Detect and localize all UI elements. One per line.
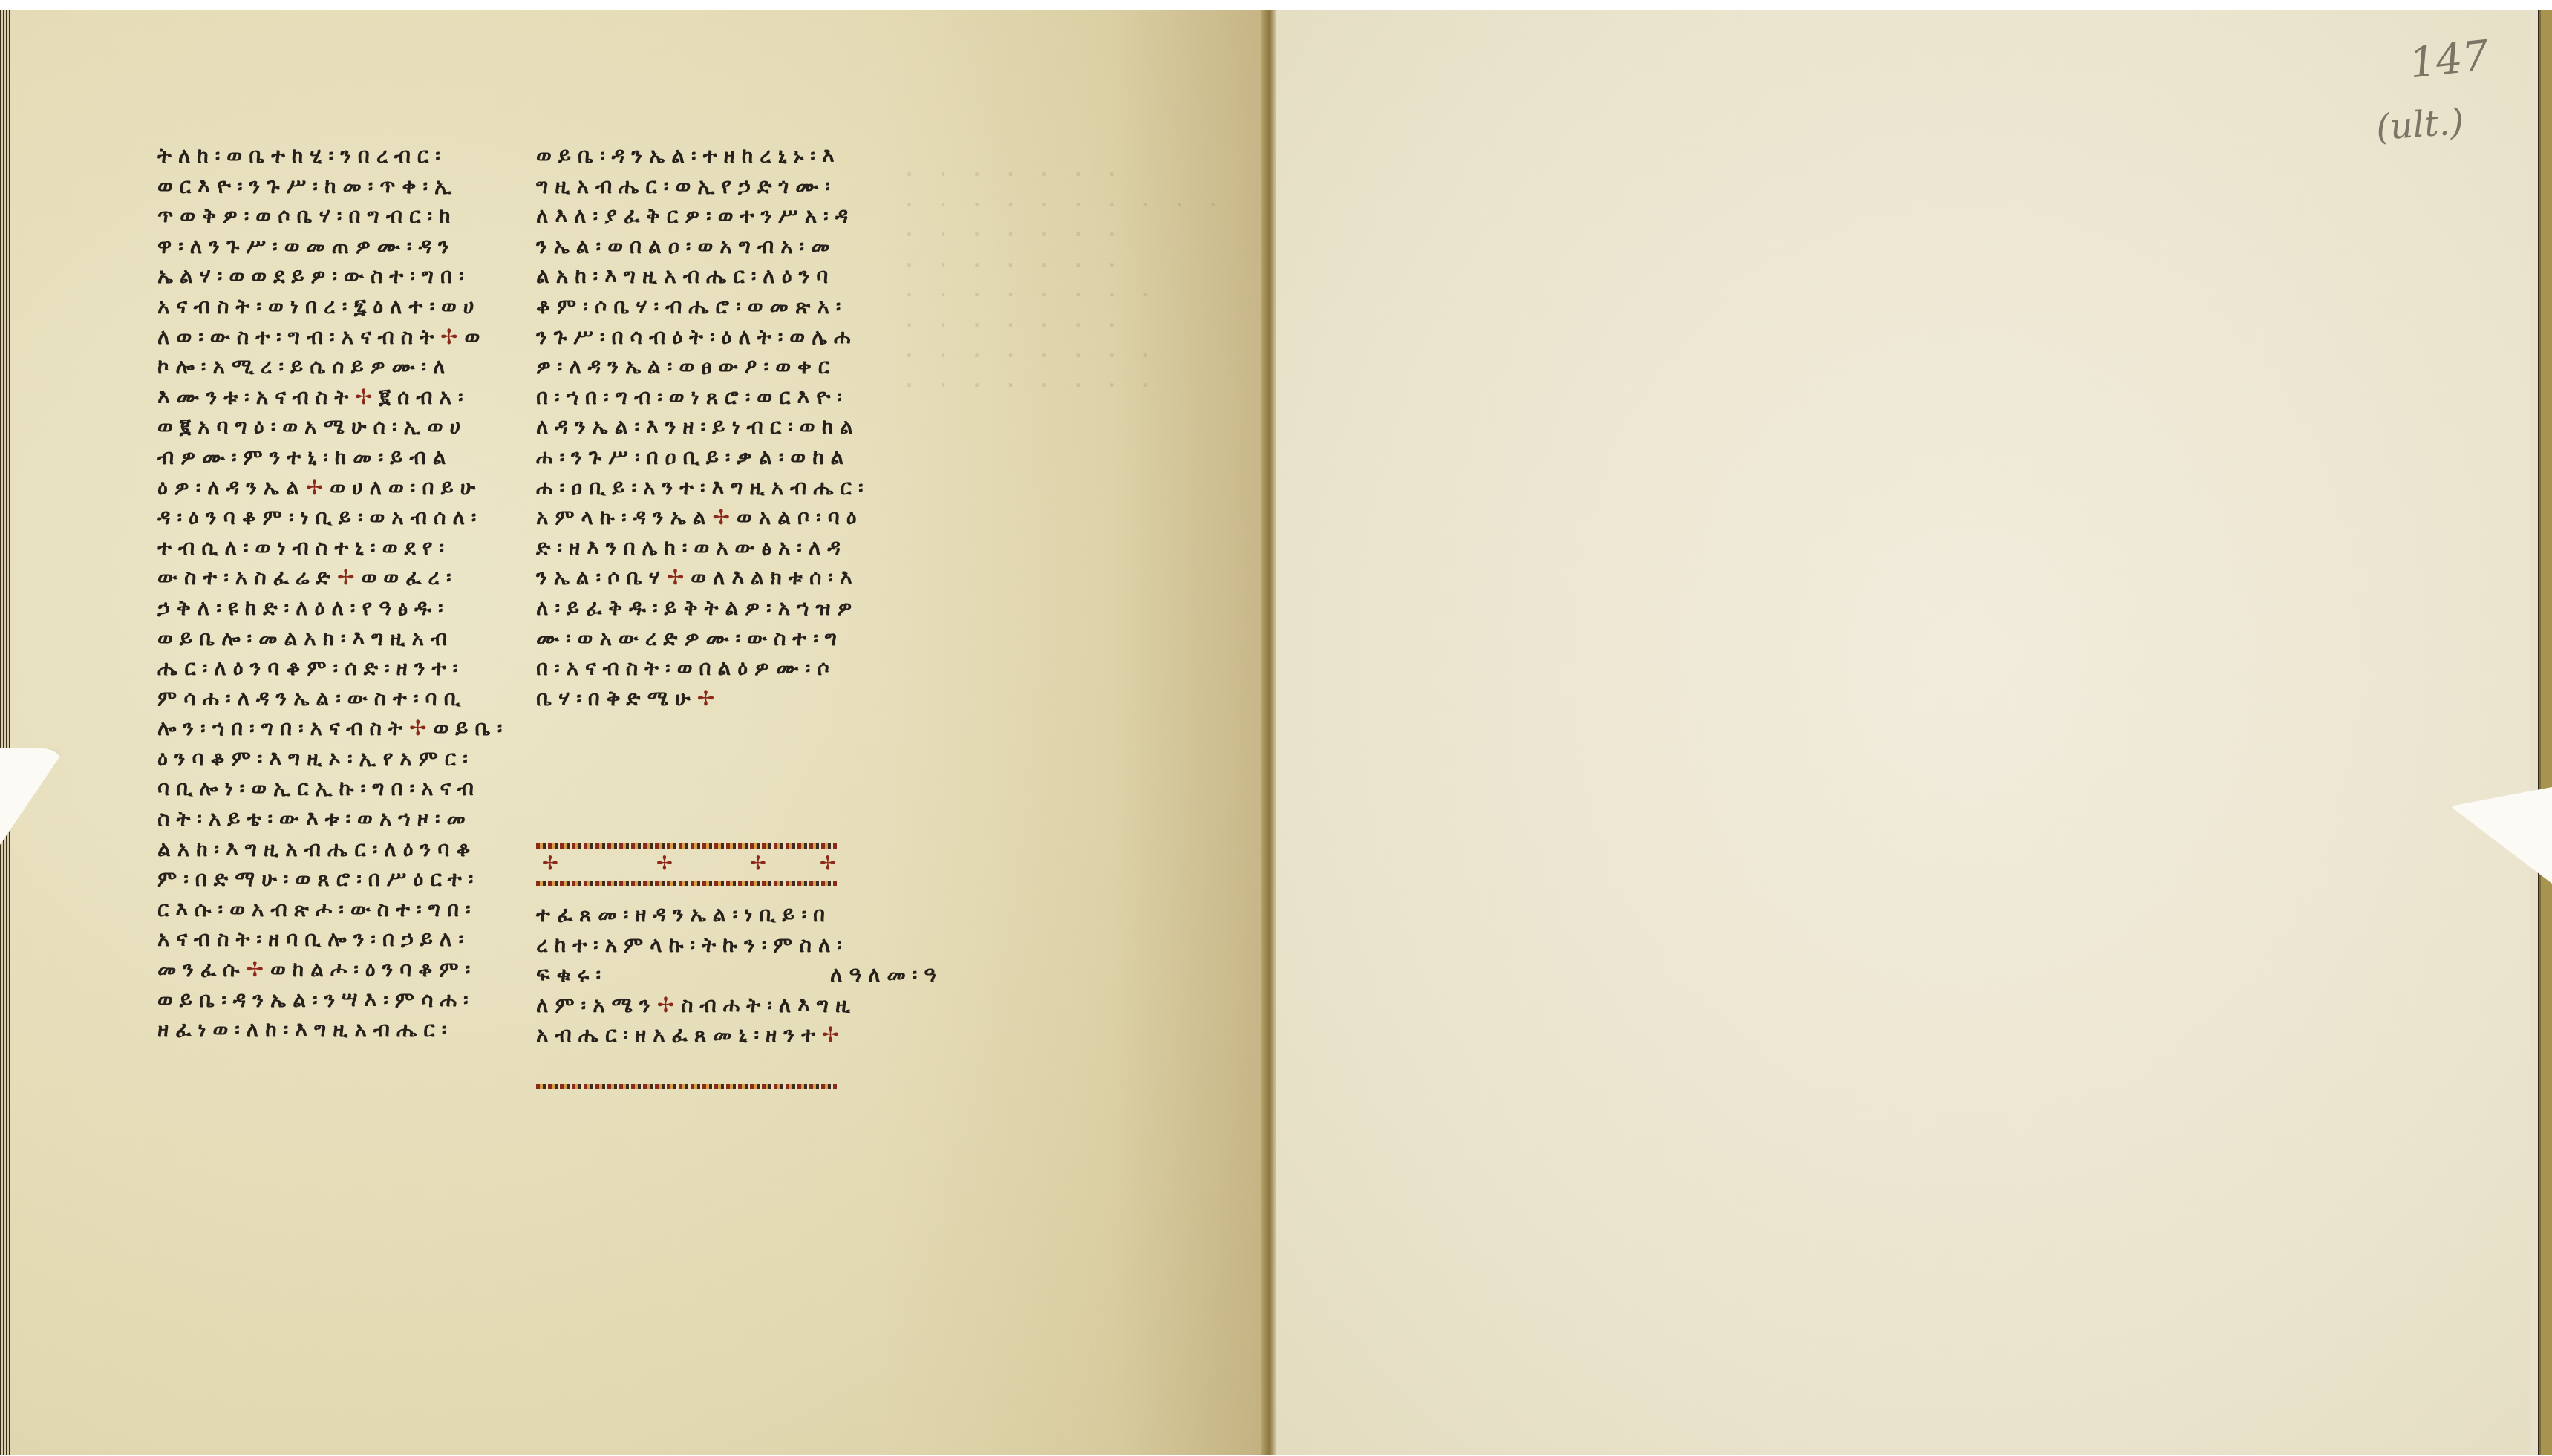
text-line: ድ፡ዘእንበሌከ፡ወአውፅአ፡ለዳ	[536, 533, 870, 564]
ghost-line: · · · · · · ·	[906, 250, 1225, 281]
text-line: ዋ፡ለንጉሥ፡ወመጠዎሙ፡ዳን	[157, 232, 509, 262]
manuscript-spread: ትለከ፡ወቤተከሂ፡ንበረብር፡ ወርእዮ፡ንጉሥ፡ከመ፡ጥቀ፡ኢ ጥወቅዎ፡ወ…	[0, 0, 2552, 1456]
cross-ornament-row: ✢ ✢ ✢ ✢	[536, 854, 837, 876]
text-line: ንኤል፡ሶቤሃ✢ወለእልክቱሰ፡እ	[536, 563, 870, 593]
text-column-left: ትለከ፡ወቤተከሂ፡ንበረብር፡ ወርእዮ፡ንጉሥ፡ከመ፡ጥቀ፡ኢ ጥወቅዎ፡ወ…	[157, 141, 509, 1045]
cross-icon: ✢	[655, 854, 674, 873]
text-line: ለ፡ይፈቅዱ፡ይቅትልዎ፡አኀዝዎ	[536, 593, 870, 624]
text-line: ሙ፡ወአውረድዎሙ፡ውስተ፡ግ	[536, 624, 870, 654]
text-line: ለም፡አሜን✢ስብሐት፡ለእግዚ	[536, 990, 943, 1021]
decorative-band-end	[536, 1084, 837, 1089]
right-leaf-blank	[1276, 10, 2530, 1455]
text-line: ቤሃ፡በቅድሜሁ✢	[536, 684, 870, 714]
text-line: ወርእዮ፡ንጉሥ፡ከመ፡ጥቀ፡ኢ	[157, 172, 509, 202]
ghost-line: · · · · · · ·	[906, 160, 1225, 190]
decorative-band-top	[536, 843, 837, 849]
text-line: አብሔር፡ዘአፈጸመኒ፡ዘንተ✢	[536, 1020, 943, 1051]
text-line: ሐ፡ዐቢይ፡አንተ፡እግዚአብሔር፡	[536, 473, 870, 503]
text-line: ባቢሎነ፡ወኢርኢኩ፡ግበ፡አናብ	[157, 774, 509, 804]
cross-icon: ✢	[818, 854, 838, 873]
text-line: ሎን፡ኀበ፡ግበ፡አናብስት✢ወይቤ፡	[157, 714, 509, 744]
ghost-line: · · · · · · · ·	[906, 341, 1225, 371]
text-line: ብዎሙ፡ምንተኒ፡ከመ፡ይብል	[157, 443, 509, 473]
gutter-fold	[1261, 10, 1276, 1455]
text-line: እሙንቱ፡አናብስት✢፪ሰብአ፡	[157, 382, 509, 413]
text-line: ስት፡አይቴ፡ውእቱ፡ወአኀዞ፡መ	[157, 804, 509, 835]
text-line: ዳ፡ዕንባቆም፡ነቢይ፡ወአብሰለ፡	[157, 503, 509, 533]
folio-annotation: (ult.)	[2375, 101, 2465, 148]
text-line: ምሳሐ፡ለዳንኤል፡ውስተ፡ባቢ	[157, 684, 509, 714]
text-line: ግዚአብሔር፡ወኢየኃድጎሙ፡	[536, 172, 870, 202]
text-line: ርእሱ፡ወአብጽሖ፡ውስተ፡ግበ፡	[157, 895, 509, 925]
right-page-edges	[2530, 10, 2552, 1455]
text-line: ወይቤ፡ዳንኤል፡ተዘከረኒኑ፡እ	[536, 141, 870, 172]
text-line: በ፡አናብስት፡ወበልዕዎሙ፡ሶ	[536, 653, 870, 684]
text-line: ትለከ፡ወቤተከሂ፡ንበረብር፡	[157, 141, 509, 172]
text-line: ዎ፡ለዳንኤል፡ወፀውዖ፡ወቀር	[536, 352, 870, 382]
bleed-through-text: · · · · · · · · · · · · · · · · · · · · …	[906, 160, 1225, 401]
text-line: ኃቅለ፡ዩከድ፡ለዕለ፡የዓፅዱ፡	[157, 593, 509, 624]
ghost-line: · · · · · · ·	[906, 220, 1225, 250]
text-line: ለዳንኤል፡እንዘ፡ይነብር፡ወከል	[536, 412, 870, 443]
text-line: ንጉሥ፡በሳብዕት፡ዕለት፡ወሌሐ	[536, 322, 870, 353]
text-line: ልአከ፡እግዚአብሔር፡ለዕንባ	[536, 261, 870, 292]
text-line: ም፡በድማሁ፡ወጸሮ፡በሥዕርተ፡	[157, 864, 509, 895]
text-line: ጥወቅዎ፡ወሶቤሃ፡በግብር፡ከ	[157, 201, 509, 232]
text-line: ወ፪አባግዕ፡ወአሜሁሰ፡ኢወሀ	[157, 412, 509, 443]
text-line: መንፈሱ✢ወከልሖ፡ዕንባቆም፡	[157, 955, 509, 985]
ghost-line: · · · · · · · · · ·	[906, 190, 1225, 221]
text-line: ኤልሃ፡ወወደይዎ፡ውስተ፡ግበ፡	[157, 261, 509, 292]
text-line: አናብስት፡ዘባቢሎን፡በኃይለ፡	[157, 924, 509, 955]
text-line: ዕንባቆም፡እግዚኦ፡ኢየአምር፡	[157, 744, 509, 774]
text-line: ለወ፡ውስተ፡ግብ፡አናብስት✢ወ	[157, 322, 509, 353]
text-line: ወይቤ፡ዳንኤል፡ንሣእ፡ምሳሐ፡	[157, 985, 509, 1016]
text-line: ውስተ፡አስፈሬድ✢ወወፈረ፡	[157, 563, 509, 593]
text-line: አምላኩ፡ዳንኤል✢ወአልቦ፡ባዕ	[536, 503, 870, 533]
text-line: ዘፈነወ፡ለከ፡እግዚአብሔር፡	[157, 1015, 509, 1045]
text-line: ልአከ፡እግዚአብሔር፡ለዕንባቆ	[157, 835, 509, 865]
text-line: ሔር፡ለዕንባቆም፡ሰድ፡ዘንተ፡	[157, 653, 509, 684]
text-line: ሐ፡ንጉሥ፡በዐቢይ፡ቃል፡ወከል	[536, 443, 870, 473]
ghost-line: · · · · · · ·	[906, 310, 1225, 341]
text-line: ንኤል፡ወበልዐ፡ወአግብአ፡መ	[536, 232, 870, 262]
text-line: ለእለ፡ያፈቅርዎ፡ወተንሥአ፡ዳ	[536, 201, 870, 232]
cross-icon: ✢	[541, 854, 560, 873]
ghost-line: · · · · · · · ·	[906, 370, 1225, 401]
background-top	[0, 0, 2552, 10]
ghost-line: · · · · · · · ·	[906, 280, 1225, 310]
folio-number: 147	[2407, 32, 2491, 88]
text-column-right: ወይቤ፡ዳንኤል፡ተዘከረኒኑ፡እ ግዚአብሔር፡ወኢየኃድጎሙ፡ ለእለ፡ያፈ…	[536, 141, 870, 714]
text-line: ተብሲለ፡ወነብስተኒ፡ወደየ፡	[157, 533, 509, 564]
decorative-band-bottom	[536, 881, 837, 886]
cross-icon: ✢	[748, 854, 768, 873]
text-line: ወይቤሎ፡መልአክ፡እግዚአብ	[157, 624, 509, 654]
text-line: ረከተ፡አምላኩ፡ትኩን፡ምስለ፡	[536, 930, 943, 961]
left-page-edges	[0, 10, 10, 1455]
text-line: ኮሎ፡አሚረ፡ይሴሰይዎሙ፡ለ	[157, 352, 509, 382]
text-line: ተፈጸመ፡ዘዳንኤል፡ነቢይ፡በ	[536, 900, 943, 930]
text-line: ዕዎ፡ለዳንኤል✢ወሀለወ፡በይሁ	[157, 473, 509, 503]
text-line: ፍቁሩ፡ ለዓለመ፡ዓ	[536, 960, 943, 990]
text-line: አናብስት፡ወነበረ፡፯ዕለተ፡ወሀ	[157, 292, 509, 322]
text-line: ቆም፡ሶቤሃ፡ብሔሮ፡ወመጽአ፡	[536, 292, 870, 322]
colophon-text: ተፈጸመ፡ዘዳንኤል፡ነቢይ፡በ ረከተ፡አምላኩ፡ትኩን፡ምስለ፡ ፍቁሩ፡ …	[536, 900, 943, 1051]
text-line: በ፡ኀበ፡ግብ፡ወነጸሮ፡ወርእዮ፡	[536, 382, 870, 413]
